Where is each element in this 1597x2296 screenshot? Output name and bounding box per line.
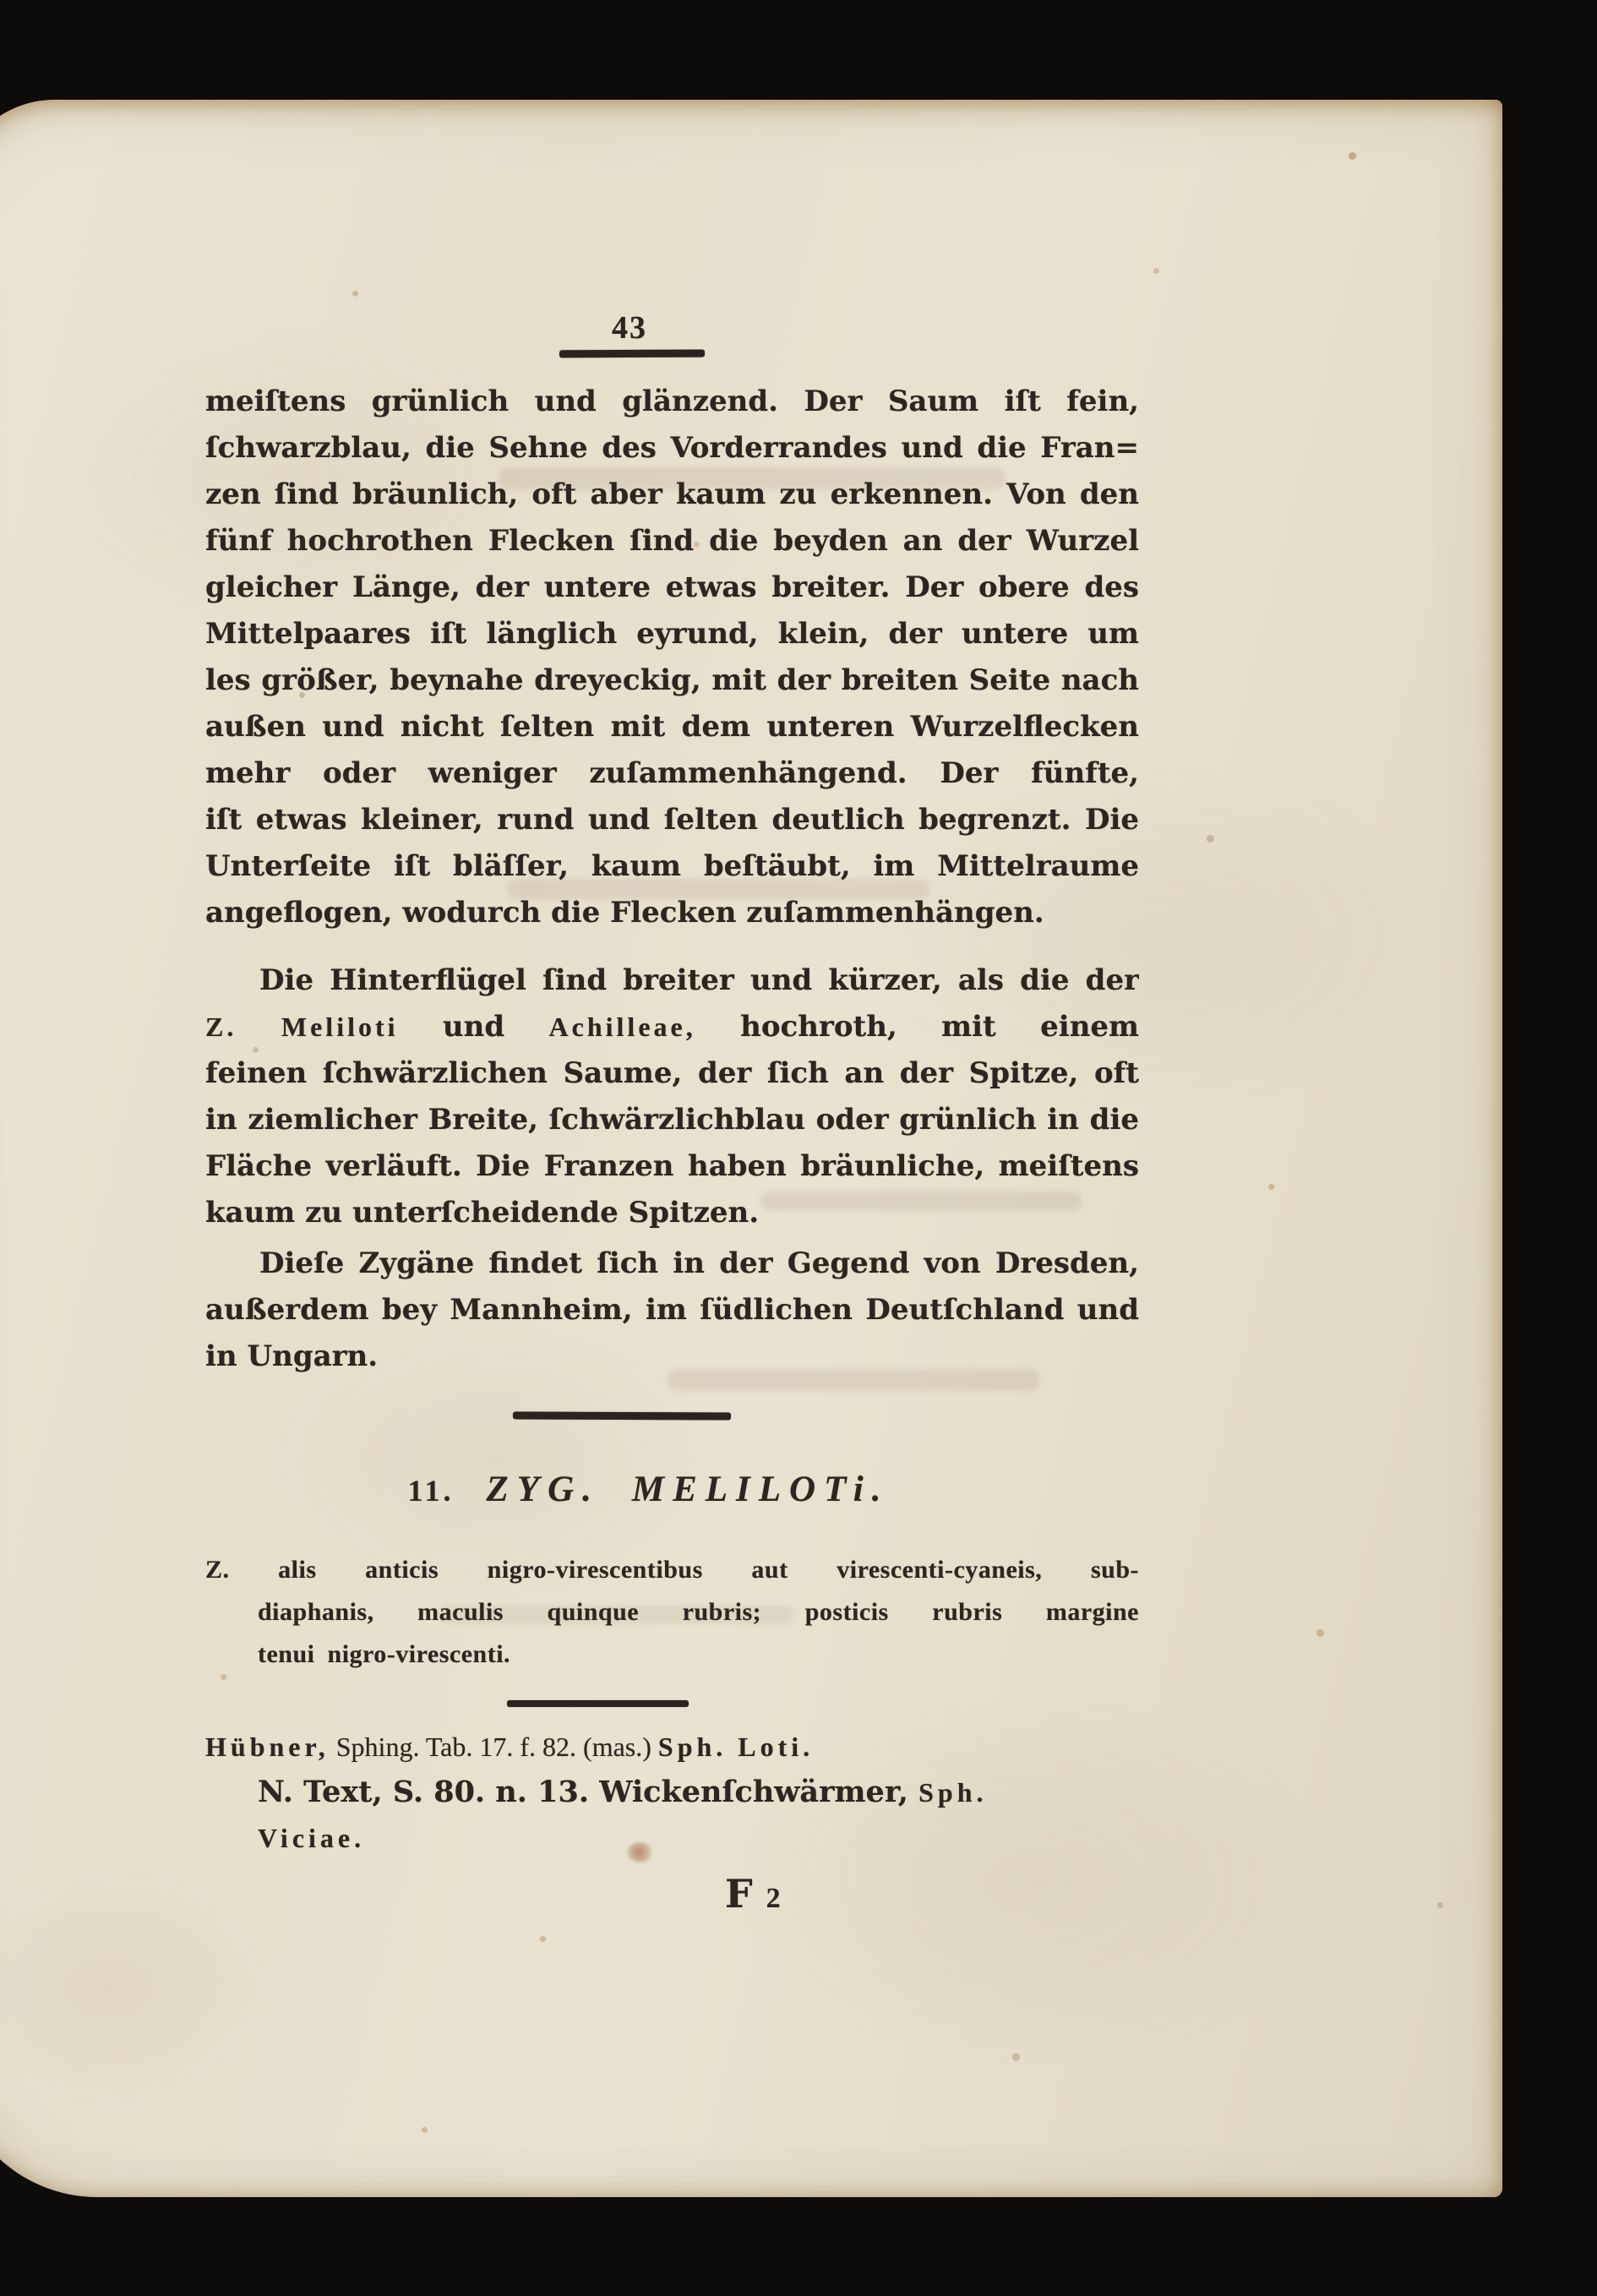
text-line: Dieſe Zygäne findet ſich in der Gegend v… [205,1241,1139,1287]
species-name-latin: Z. Meliloti [205,1012,399,1042]
citation-text: Sphing. Tab. 17. f. 82. (mas.) [330,1732,658,1762]
text-line: fünf hochrothen Flecken ſind die beyden … [205,518,1139,564]
text-line: angeflogen, wodurch die Flecken zuſammen… [205,890,1139,936]
reference-line: Viciae. [205,1815,1139,1861]
section-separator-rule [513,1412,731,1421]
text-line: gleicher Länge, der untere etwas breiter… [205,564,1139,611]
citation-text-german: N. Text, S. 80. n. 13. Wickenſchwärmer, [258,1775,918,1809]
text-line-mixed: Z. Meliloti und Achilleae, hochroth, mit… [205,1004,1139,1050]
reference-line: N. Text, S. 80. n. 13. Wickenſchwärmer, … [205,1770,1139,1815]
text-line: meiſtens grünlich und glänzend. Der Saum… [205,379,1139,425]
diagnosis-line: Z. alis anticis nigro-virescentibus aut … [205,1549,1139,1591]
text-line: kaum zu unterſcheidende Spitzen. [205,1190,1139,1236]
text-line: feinen ſchwärzlichen Saume, der ſich an … [205,1050,1139,1097]
text-line: les größer, beynahe dreyeckig, mit der b… [205,657,1139,704]
reference-separator-rule [507,1700,689,1707]
text-line: Mittelpaares iſt länglich eyrund, klein,… [205,611,1139,657]
signature-number: 2 [766,1883,781,1915]
scan-background: { "scan": { "page_number": "43", "colors… [0,0,1597,2296]
species-name-latin: Achilleae, [549,1012,696,1042]
text-line: ſchwarzblau, die Sehne des Vorderrandes … [205,425,1139,472]
text-segment: hochroth, mit einem [696,1010,1139,1044]
cited-species: Viciae. [258,1823,365,1853]
text-line: in ziemlicher Breite, ſchwärzlichblau od… [205,1097,1139,1143]
species-number: 11. [408,1473,455,1508]
text-line: iſt etwas kleiner, rund und ſelten deutl… [205,797,1139,843]
species-heading: 11. ZYG. MELILOTi. [182,1469,1115,1519]
diagnosis-line: diaphanis, maculis quinque rubris; posti… [205,1591,1139,1633]
foxing-specks [0,0,4,4]
reference-block: Hübner, Sphing. Tab. 17. f. 82. (mas.) S… [205,1724,1139,1861]
reference-line: Hübner, Sphing. Tab. 17. f. 82. (mas.) S… [205,1724,1139,1770]
diagnosis-line: tenui nigro-virescenti. [205,1633,1139,1676]
cited-species: Sph. [918,1777,987,1808]
text-line: Die Hinterflügel ſind breiter und kürzer… [205,957,1139,1004]
cited-species: Sph. Loti. [658,1732,814,1762]
paragraph-2: Die Hinterflügel ſind breiter und kürzer… [205,957,1139,1236]
text-line: mehr oder weniger zuſammenhängend. Der f… [205,750,1139,797]
author-name: Hübner, [205,1732,330,1762]
text-line: außen und nicht ſelten mit dem unteren W… [205,704,1139,750]
paragraph-1: meiſtens grünlich und glänzend. Der Saum… [205,379,1139,936]
text-line: außerdem bey Mannheim, im ſüdlichen Deut… [205,1287,1139,1333]
text-line: in Ungarn. [205,1333,1139,1380]
page-number-rule [559,350,705,358]
text-segment: und [399,1010,549,1044]
page-number: 43 [545,309,714,346]
genus-abbreviation: ZYG. [487,1469,600,1510]
signature-letter: F [725,1871,753,1917]
signature-mark: F 2 [725,1871,781,1917]
text-line: Fläche verläuft. Die Franzen haben bräun… [205,1143,1139,1190]
species-name: MELILOTi. [632,1469,890,1510]
text-line: Unterſeite iſt bläſſer, kaum beſtäubt, i… [205,843,1139,890]
text-line: zen ſind bräunlich, oft aber kaum zu erk… [205,472,1139,518]
latin-diagnosis: Z. alis anticis nigro-virescentibus aut … [205,1549,1139,1676]
paragraph-3: Dieſe Zygäne findet ſich in der Gegend v… [205,1241,1139,1380]
